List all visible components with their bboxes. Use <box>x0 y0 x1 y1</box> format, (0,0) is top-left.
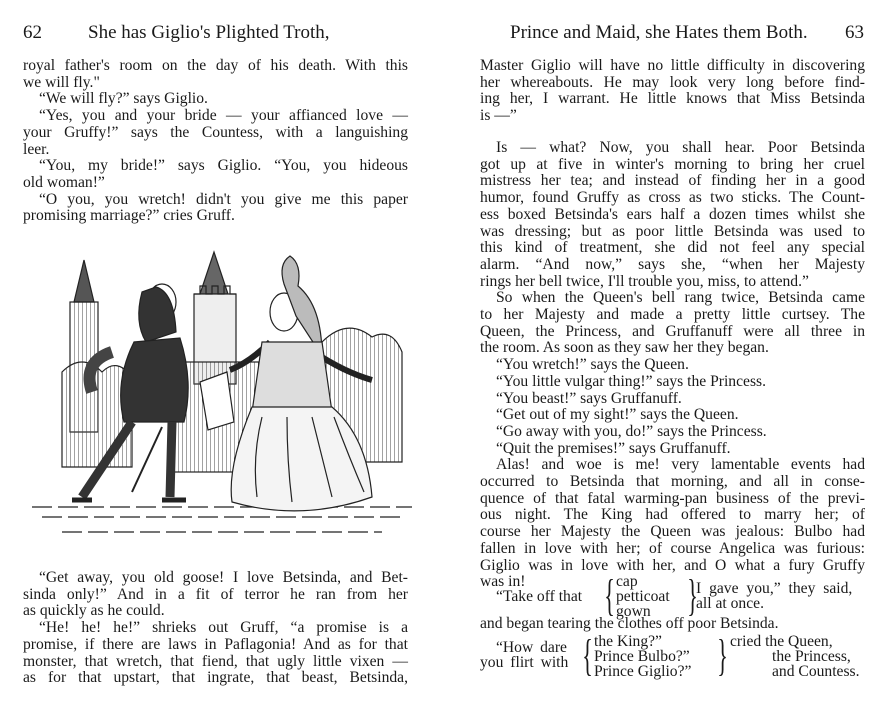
text-line: quence of that fatal warming-pan busines… <box>480 491 865 508</box>
text-line: humor, found Gruffy as cross as two stic… <box>480 190 865 207</box>
text-line: course her Majesty the Queen was jealous… <box>480 524 865 541</box>
text-line: Alas! and woe is me! very lamentable eve… <box>480 457 865 474</box>
text-line: “Go away with you, do!” says the Princes… <box>480 424 865 441</box>
text-line: this kind of treatment, she did not feel… <box>480 240 865 257</box>
text-line: leer. <box>23 142 408 159</box>
brace-item: cap <box>616 574 638 589</box>
text-line: mistress her tea; and instead of finding… <box>480 173 865 190</box>
text-line: was dressing; but as poor little Betsind… <box>480 224 865 241</box>
text-line: “You wretch!” says the Queen. <box>480 357 865 374</box>
text-line: “You little vulgar thing!” says the Prin… <box>480 374 865 391</box>
text-line: promise, if there are laws in Paflagonia… <box>23 637 408 654</box>
brace-lead: you flirt with <box>480 655 568 670</box>
text-block-continuation: Master Giglio will have no little diffic… <box>480 58 865 125</box>
page-number: 62 <box>23 22 42 44</box>
text-line: is —” <box>480 108 865 125</box>
text-line: alarm. “And now,” says she, “when her Ma… <box>480 257 865 274</box>
text-line: “Get away, you old goose! I love Betsind… <box>23 570 408 587</box>
text-line: ous night. The King had offered to marry… <box>480 507 865 524</box>
left-page: 62 She has Giglio's Plighted Troth, roya… <box>0 0 440 709</box>
running-head: Prince and Maid, she Hates them Both. <box>510 22 808 44</box>
brace-item: the King?” <box>594 634 662 649</box>
text-line: as for that upstart, that ingrate, that … <box>23 670 408 687</box>
text-line: your Gruffy!” says the Countess, with a … <box>23 125 408 142</box>
text-line: fallen in love with her; of course Angel… <box>480 541 865 558</box>
page-number: 63 <box>845 22 864 44</box>
brace-lead: “Take off that <box>496 589 582 604</box>
text-line: So when the Queen's bell rang twice, Bet… <box>480 290 865 307</box>
speaker-line: and Countess. <box>772 664 860 679</box>
right-page: Prince and Maid, she Hates them Both. 63… <box>450 0 895 709</box>
text-block-top: royal father's room on the day of his de… <box>23 58 408 225</box>
left-brace-icon: { <box>582 634 593 678</box>
text-line: to her Majesty and made a pretty little … <box>480 307 865 324</box>
brace-item: Prince Giglio?” <box>594 664 691 679</box>
text-line: rings her bell twice, I'll trouble you, … <box>480 274 865 291</box>
text-line: Is — what? Now, you shall hear. Poor Bet… <box>480 140 865 157</box>
text-line: royal father's room on the day of his de… <box>23 58 408 75</box>
text-line: got up at five in winter's morning to br… <box>480 157 865 174</box>
brace-tail: I gave you,” they said, <box>696 581 852 596</box>
text-line: “He! he! he!” shrieks out Gruff, “a prom… <box>23 620 408 637</box>
text-line: “Quit the premises!” says Gruffanuff. <box>480 441 865 458</box>
text-block-bottom: “Get away, you old goose! I love Betsind… <box>23 570 408 687</box>
brace-item: petticoat <box>616 589 670 604</box>
running-head: She has Giglio's Plighted Troth, <box>88 22 330 44</box>
text-line: ess boxed Betsinda's ears half a dozen t… <box>480 207 865 224</box>
text-line: Queen, the Princess, and Gruffanuff were… <box>480 324 865 341</box>
text-line: the room. As soon as they saw her they b… <box>480 340 865 357</box>
text-line: “Yes, you and your bride — your affiance… <box>23 108 408 125</box>
text-line: ing her, I warrant. He little knows that… <box>480 91 865 108</box>
speaker-line: the Princess, <box>772 649 851 664</box>
text-line: we will fly." <box>23 75 408 92</box>
text-line: occurred to Betsinda that morning, and a… <box>480 474 865 491</box>
speaker-line: cried the Queen, <box>730 634 833 649</box>
text-line: “You, my bride!” says Giglio. “You, you … <box>23 158 408 175</box>
text-line: and began tearing the clothes off poor B… <box>480 616 779 633</box>
brace-tail: all at once. <box>696 596 764 611</box>
right-brace-icon: } <box>717 634 728 678</box>
text-line: as quickly as he could. <box>23 603 408 620</box>
left-brace-icon: { <box>604 574 615 618</box>
text-line: Master Giglio will have no little diffic… <box>480 58 865 75</box>
text-line: “You beast!” says Gruffanuff. <box>480 391 865 408</box>
text-line: “Get out of my sight!” says the Queen. <box>480 407 865 424</box>
brace-lead: “How dare <box>496 640 567 655</box>
text-line: “We will fly?” says Giglio. <box>23 91 408 108</box>
brace-item: Prince Bulbo?” <box>594 649 690 664</box>
engraving-illustration <box>22 232 422 552</box>
text-line: promising marriage?” cries Gruff. <box>23 208 408 225</box>
text-line: sinda only!” And in a fit of terror he r… <box>23 587 408 604</box>
text-line: Giglio was in love with her, and O what … <box>480 558 865 575</box>
text-line: “O you, you wretch! didn't you give me t… <box>23 192 408 209</box>
text-line: old woman!” <box>23 175 408 192</box>
text-line: monster, that wretch, that fiend, that u… <box>23 654 408 671</box>
text-line: her whereabouts. He may look very long b… <box>480 75 865 92</box>
text-block-main: Is — what? Now, you shall hear. Poor Bet… <box>480 140 865 591</box>
